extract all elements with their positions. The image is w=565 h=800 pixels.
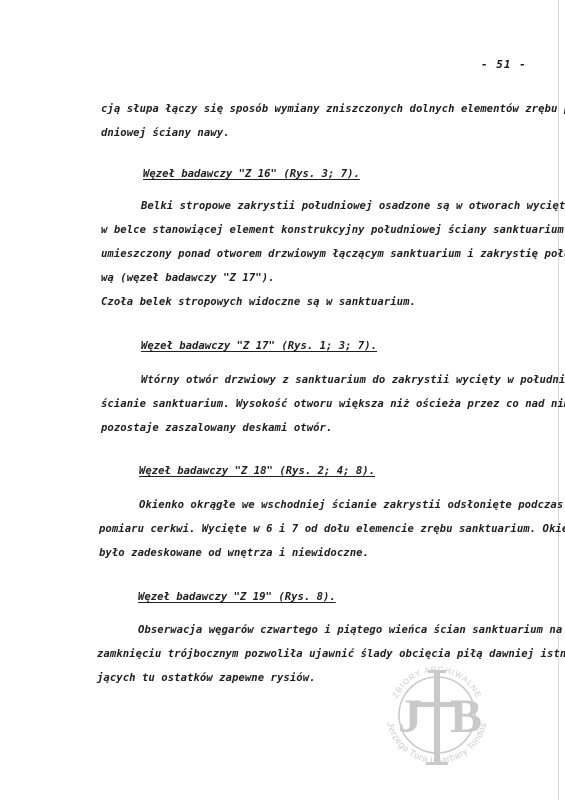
section-heading-z19: Węzeł badawczy "Z 19" (Rys. 8). [138, 591, 336, 603]
section-line: Czoła belek stropowych widoczne są w san… [101, 296, 416, 308]
watermark-monogram-j: J [398, 690, 422, 743]
section-line: ścianie sanktuarium. Wysokość otworu wię… [101, 398, 565, 410]
section-line: Okienko okrągłe we wschodniej ścianie za… [139, 499, 563, 511]
watermark-monogram-b: B [450, 690, 482, 743]
intro-line: dniowej ściany nawy. [101, 127, 230, 139]
section-line: pozostaje zaszalowany deskami otwór. [101, 422, 332, 434]
section-heading-z16: Węzeł badawczy "Z 16" (Rys. 3; 7). [143, 168, 360, 180]
section-line: umieszczony ponad otworem drzwiowym łącz… [101, 248, 565, 260]
section-line: pomiaru cerkwi. Wycięte w 6 i 7 od dołu … [99, 523, 565, 535]
section-heading-z17: Węzeł badawczy "Z 17" (Rys. 1; 3; 7). [141, 340, 377, 352]
section-line: wą (węzeł badawczy "Z 17"). [101, 272, 275, 284]
section-line: było zadeskowane od wnętrza i niewidoczn… [99, 547, 369, 559]
document-page: - 51 - cją słupa łączy się sposób wymian… [0, 0, 565, 800]
section-line: jących tu ostatków zapewne rysiów. [97, 672, 316, 684]
page-number: - 51 - [481, 58, 527, 71]
section-heading-z18: Węzeł badawczy "Z 18" (Rys. 2; 4; 8). [139, 465, 375, 477]
intro-line: cją słupa łączy się sposób wymiany znisz… [101, 103, 565, 115]
section-line: Wtórny otwór drzwiowy z sanktuarium do z… [141, 374, 565, 386]
section-line: Belki stropowe zakrystii południowej osa… [141, 200, 565, 212]
section-line: w belce stanowiącej element konstrukcyjn… [101, 224, 564, 236]
archive-watermark-stamp: ZBIORY ARCHIWALNE Jerzego Tura i Barbary… [372, 650, 502, 780]
section-line: Obserwacja węgarów czwartego i piątego w… [138, 624, 562, 636]
